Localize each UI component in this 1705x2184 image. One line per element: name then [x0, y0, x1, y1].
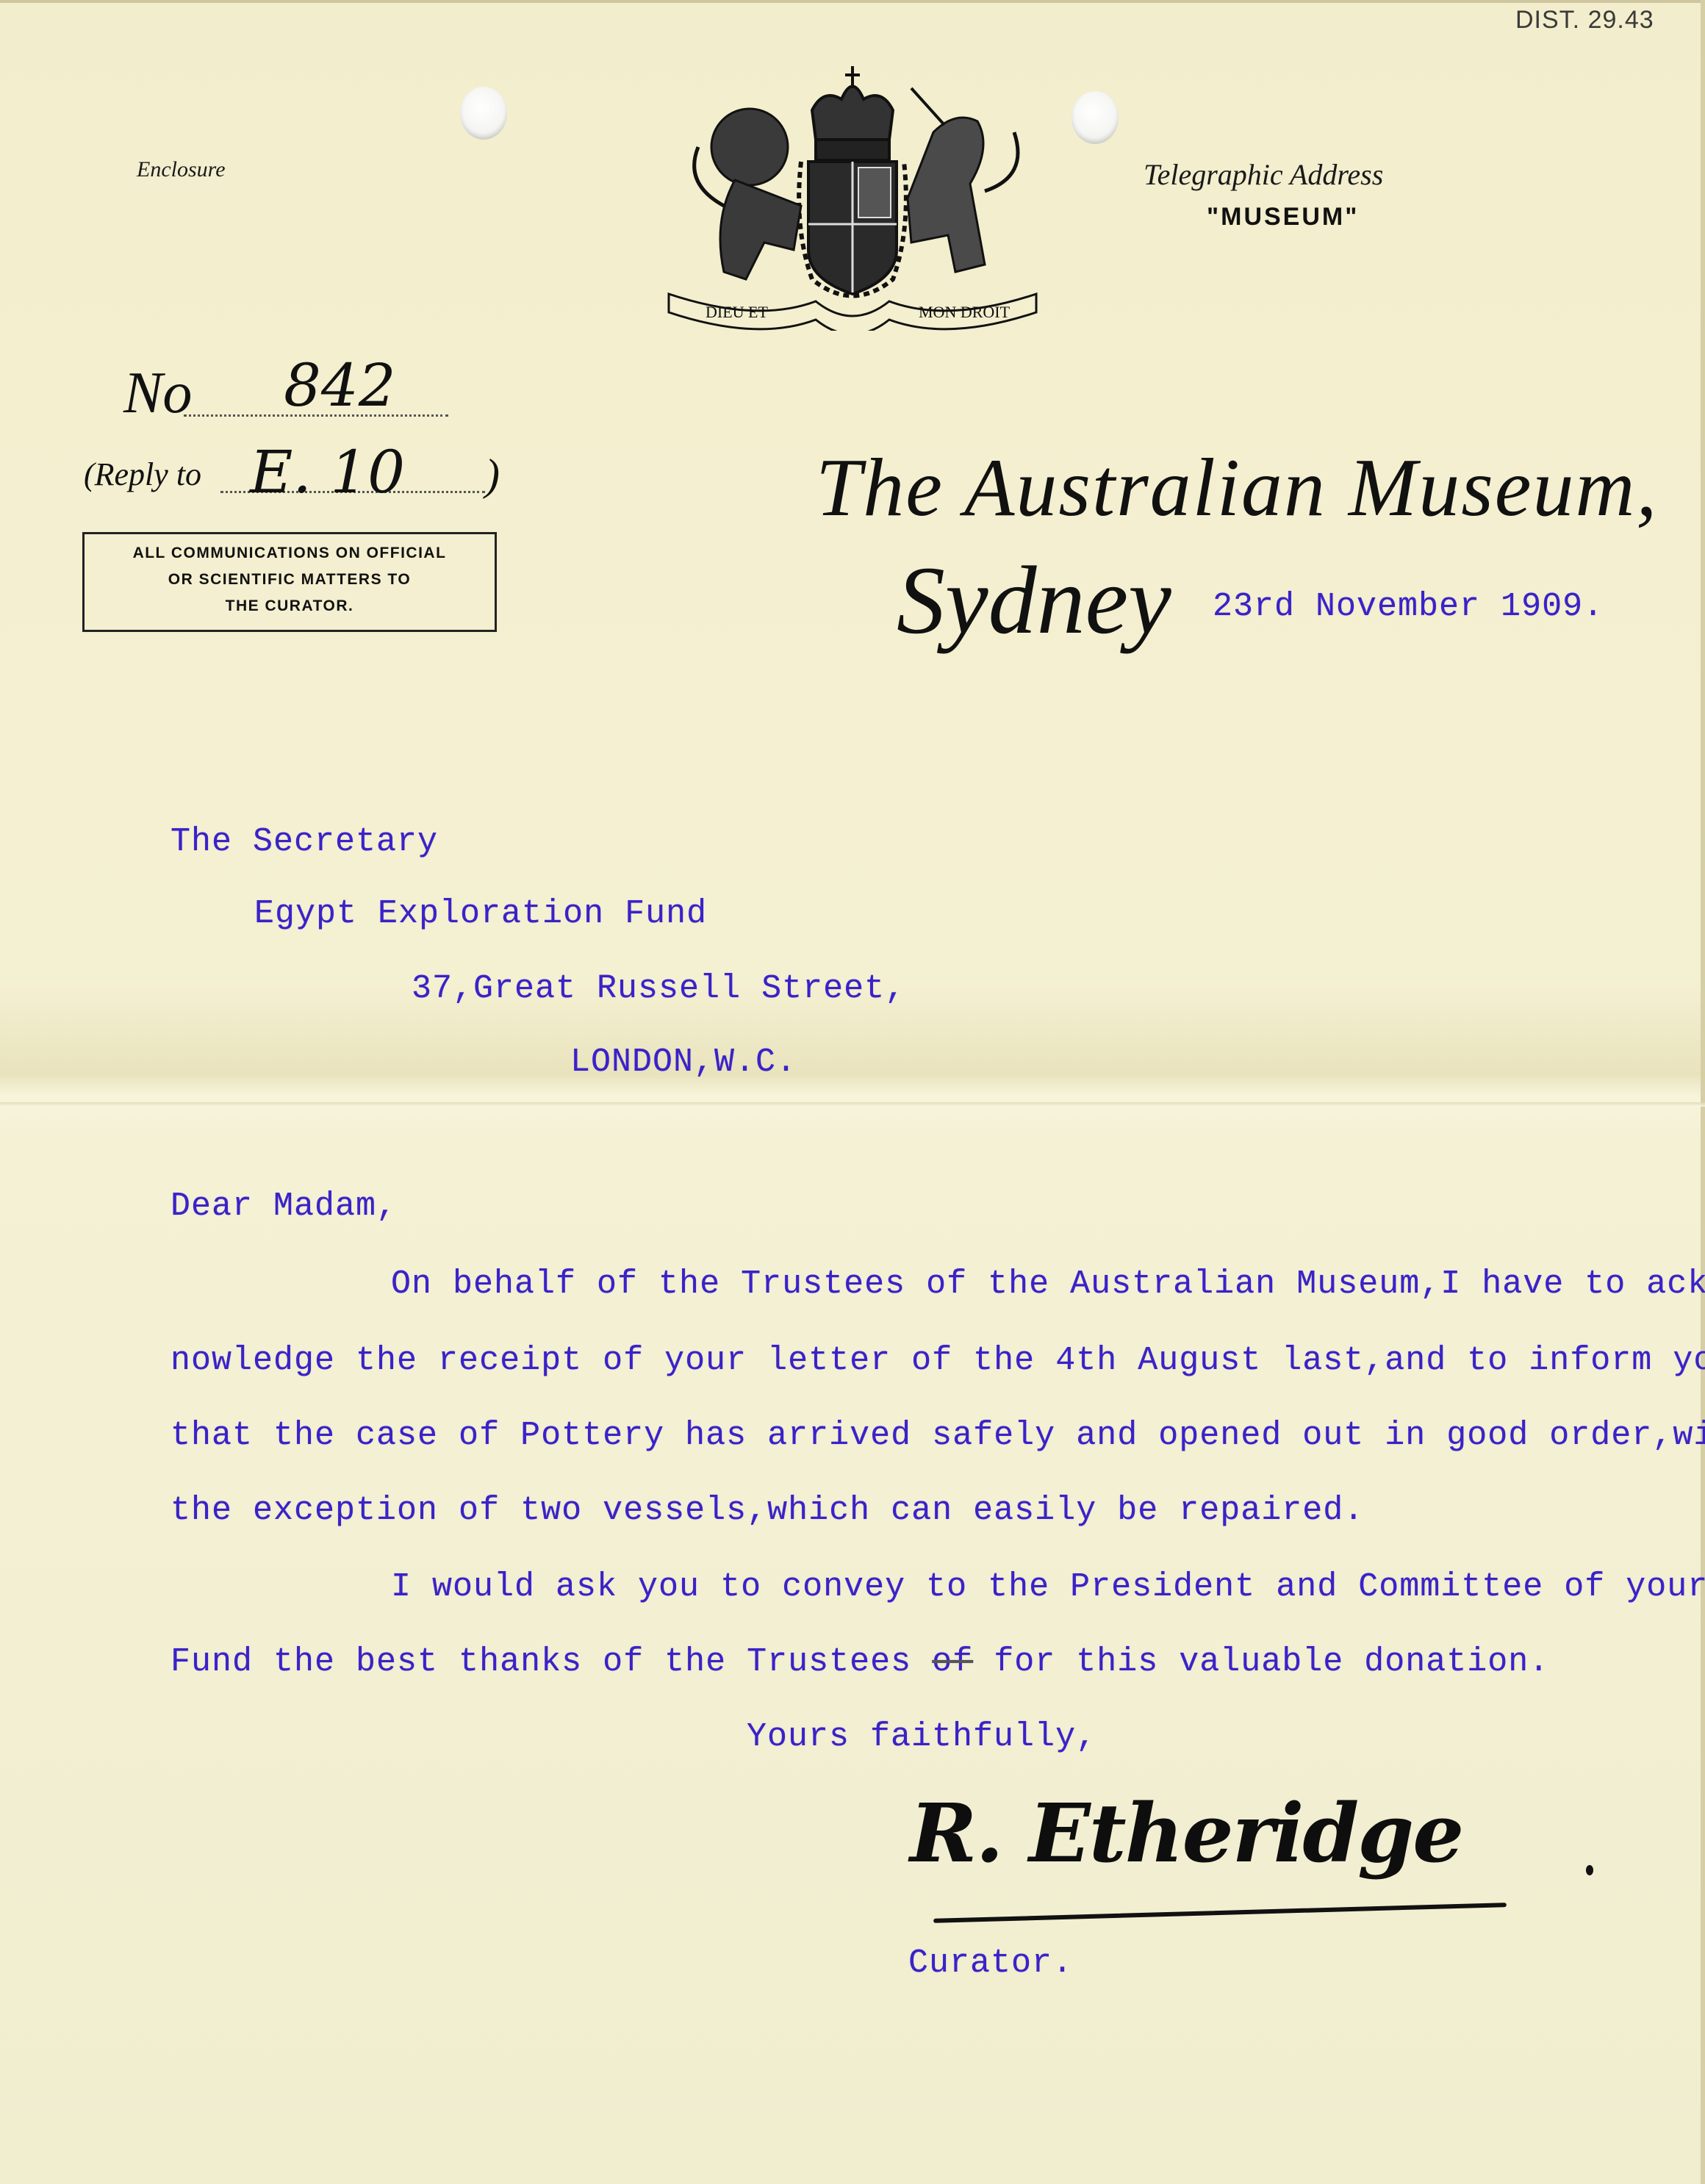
- royal-coat-of-arms-icon: DIEU ET MON DROIT: [654, 59, 1051, 331]
- body-text: for this valuable donation.: [973, 1643, 1549, 1681]
- body-line: the exception of two vessels,which can e…: [170, 1492, 1364, 1529]
- signature-dot: [1586, 1865, 1593, 1875]
- telegraphic-address-value: "MUSEUM": [1207, 203, 1359, 231]
- svg-text:MON DROIT: MON DROIT: [919, 303, 1011, 321]
- reference-number-label: No: [123, 360, 192, 427]
- recipient-line: 37,Great Russell Street,: [412, 970, 905, 1007]
- notice-line: THE CURATOR.: [85, 593, 495, 619]
- handwritten-signature: R. Etheridge: [910, 1786, 1462, 1881]
- body-line-final: Fund the best thanks of the Trustees of …: [170, 1643, 1549, 1681]
- body-line: I would ask you to convey to the Preside…: [391, 1568, 1705, 1606]
- city-name: Sydney: [897, 544, 1171, 656]
- body-line: nowledge the receipt of your letter of t…: [170, 1342, 1705, 1379]
- svg-text:DIEU ET: DIEU ET: [706, 303, 768, 321]
- punch-hole-right: [1072, 91, 1119, 144]
- recipient-line: The Secretary: [170, 823, 438, 861]
- struck-out-word: of: [932, 1643, 973, 1681]
- paper-fold-line: [0, 1102, 1705, 1107]
- recipient-line: LONDON,W.C.: [570, 1043, 797, 1081]
- body-line: that the case of Pottery has arrived saf…: [170, 1417, 1705, 1454]
- letter-date: 23rd November 1909.: [1213, 588, 1604, 625]
- punch-hole-left: [460, 87, 507, 140]
- official-communications-notice: ALL COMMUNICATIONS ON OFFICIAL OR SCIENT…: [82, 532, 497, 632]
- reference-number-value: 842: [284, 351, 396, 420]
- paper-top-edge: [0, 0, 1705, 3]
- notice-line: ALL COMMUNICATIONS ON OFFICIAL: [85, 540, 495, 567]
- reply-to-close-paren: ): [485, 450, 500, 500]
- salutation: Dear Madam,: [170, 1188, 397, 1225]
- body-text: Fund the best thanks of the Trustees: [170, 1643, 932, 1681]
- archive-pencil-mark: DIST. 29.43: [1515, 6, 1654, 35]
- institution-name: The Australian Museum,: [816, 441, 1658, 536]
- body-line: On behalf of the Trustees of the Austral…: [391, 1265, 1705, 1303]
- reply-to-value: E. 10: [250, 438, 405, 506]
- paper-right-edge: [1701, 0, 1705, 2184]
- signatory-title: Curator.: [908, 1944, 1073, 1982]
- notice-line: OR SCIENTIFIC MATTERS TO: [85, 567, 495, 593]
- telegraphic-address-label: Telegraphic Address: [1144, 157, 1383, 192]
- recipient-line: Egypt Exploration Fund: [254, 895, 707, 933]
- enclosure-label: Enclosure: [137, 157, 226, 182]
- reply-to-label: (Reply to: [84, 456, 201, 493]
- closing: Yours faithfully,: [747, 1718, 1096, 1756]
